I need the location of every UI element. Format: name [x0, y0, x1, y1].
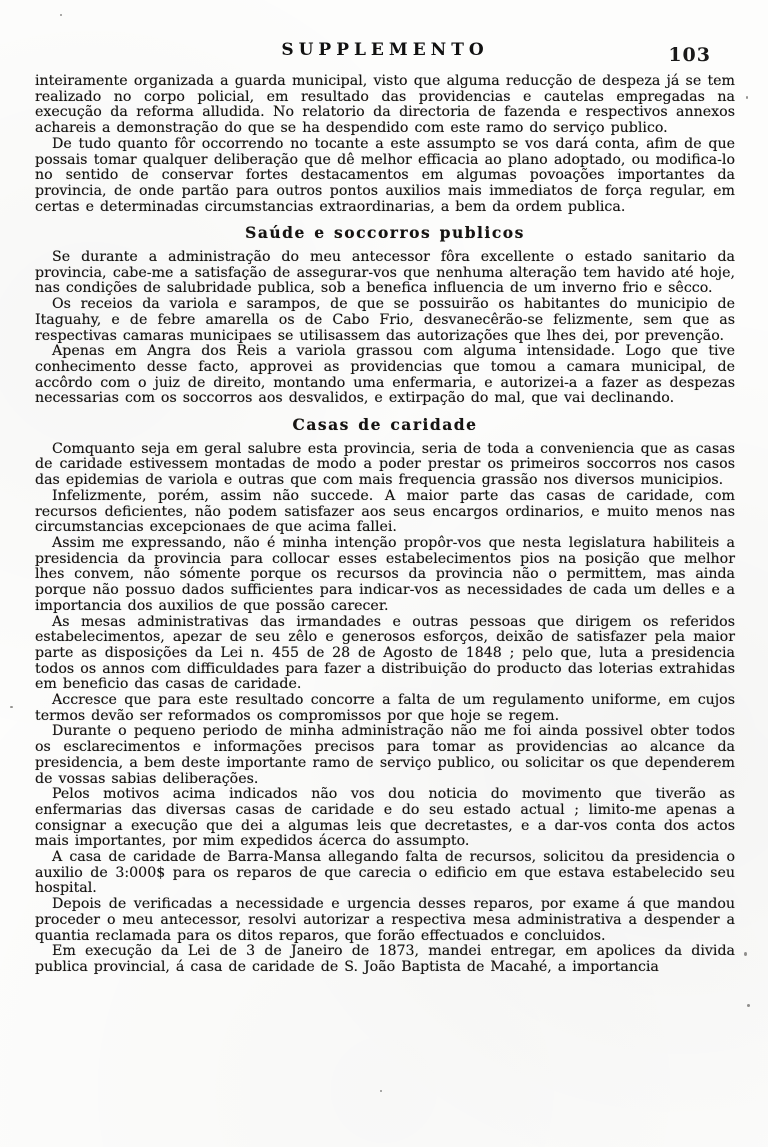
paragraph: Accresce que para este resultado concorr…: [35, 693, 735, 724]
paragraph: De tudo quanto fôr occorrendo no tocante…: [35, 137, 735, 216]
page-body: inteiramente organizada a guarda municip…: [35, 74, 735, 976]
page-number: 103: [668, 44, 711, 66]
paragraph: Se durante a administração do meu antece…: [35, 250, 735, 297]
running-title: SUPPLEMENTO: [35, 40, 735, 60]
scan-speck: [747, 1004, 750, 1007]
document-page: SUPPLEMENTO 103 inteiramente organizada …: [0, 0, 768, 1147]
paragraph: Pelos motivos acima indicados não vos do…: [35, 787, 735, 850]
section-heading: Saúde e soccorros publicos: [35, 225, 735, 241]
paragraph: Apenas em Angra dos Reis a variola grass…: [35, 344, 735, 407]
scan-speck: [60, 14, 62, 16]
paragraph: As mesas administrativas das irmandades …: [35, 615, 735, 694]
page-header: SUPPLEMENTO 103: [35, 40, 735, 74]
scan-speck: [744, 952, 747, 956]
paragraph: Em execução da Lei de 3 de Janeiro de 18…: [35, 944, 735, 975]
paragraph: inteiramente organizada a guarda municip…: [35, 74, 735, 137]
scan-speck: [746, 96, 748, 99]
paragraph: Infelizmente, porém, assim não succede. …: [35, 489, 735, 536]
paragraph: Depois de verificadas a necessidade e ur…: [35, 897, 735, 944]
paragraph: Durante o pequeno periodo de minha admin…: [35, 724, 735, 787]
scan-speck: [380, 1090, 382, 1092]
paragraph: Comquanto seja em geral salubre esta pro…: [35, 442, 735, 489]
section-heading: Casas de caridade: [35, 417, 735, 433]
paragraph: Assim me expressando, não é minha intenç…: [35, 536, 735, 615]
paragraph: A casa de caridade de Barra-Mansa allega…: [35, 850, 735, 897]
paragraph: Os receios da variola e sarampos, de que…: [35, 297, 735, 344]
scan-speck: [10, 706, 13, 708]
